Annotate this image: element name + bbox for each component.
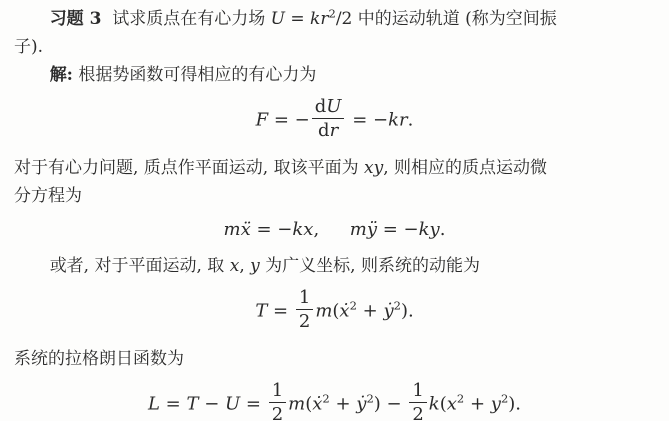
numerator: 1 [269,380,286,403]
plane-motion-paragraph: 对于有心力问题, 质点作平面运动, 取该平面为 xy, 则相应的质点运动微分方程… [14,154,655,210]
math-variable: U [225,394,240,415]
denominator: dr [312,119,345,141]
math-operator: ). [508,394,521,415]
superscript: 2 [328,6,335,20]
math-operator: 1 [272,380,283,401]
math-variable: kr [310,9,328,29]
math-variable: y [491,394,501,415]
denominator: 2 [409,403,426,421]
math-operator: + [330,394,357,415]
numerator: dU [312,96,345,119]
text-run: 系统的拉格朗日函数为 [14,349,184,369]
math-variable: T [255,301,267,322]
math-operator: ) − [374,394,408,415]
math-operator: ( [440,394,447,415]
problem-statement: 习题 3 试求质点在有心力场 U = kr2/2 中的运动轨道 (称为空间振子)… [14,5,655,61]
math-variable: m [315,301,332,322]
math-variable: x [447,394,457,415]
lagrangian-intro: 系统的拉格朗日函数为 [14,345,655,373]
math-variable: mẍ [224,219,251,240]
math-operator: 1 [412,380,423,401]
math-variable: ẋ [312,394,322,415]
superscript: 2 [394,299,401,313]
math-operator: = [240,394,267,415]
math-variable: ẋ [339,301,349,322]
math-operator: = − [251,219,293,240]
superscript: 2 [322,392,329,406]
math-variable: k [429,394,440,415]
math-operator: , [313,219,319,240]
math-variable: m [288,394,305,415]
superscript: 2 [366,392,373,406]
text-run: 或者, 对于平面运动, 取 [50,256,230,276]
math-operator: = [160,394,187,415]
text-run: 子). [14,37,43,57]
math-operator: 2 [272,404,283,421]
math-variable: x [230,256,240,276]
denominator: 2 [296,310,313,332]
superscript: 2 [350,299,357,313]
formula-equations-of-motion: mẍ = −kx,mÿ = −ky. [14,217,655,243]
text-run: 试求质点在有心力场 [101,9,270,29]
formula-lagrangian: L = T − U = 12m(ẋ2 + ẏ2) − 12k(x2 + y2). [14,382,655,421]
text-run: 对于有心力问题, 质点作平面运动, 取该平面为 [14,158,364,178]
math-operator: = − [268,110,310,131]
math-variable: mÿ [350,219,377,240]
text-run: 为广义坐标, 则系统的动能为 [260,256,480,276]
math-operator: + [357,301,384,322]
fraction: 12 [409,380,426,421]
math-operator: d [318,120,330,141]
math-variable: y [250,256,260,276]
formula-kinetic-energy: T = 12m(ẋ2 + ẏ2). [14,289,655,334]
fraction: dUdr [312,96,345,141]
document-page: 习题 3 试求质点在有心力场 U = kr2/2 中的运动轨道 (称为空间振子)… [0,0,669,421]
math-variable: xy [364,158,383,178]
formula-central-force: F = −dUdr = −kr. [14,98,655,143]
bold-label: 习题 3 [50,9,102,29]
solution-intro: 解: 根据势函数可得相应的有心力为 [14,61,655,89]
fraction: 12 [296,287,313,332]
math-operator: ). [401,301,414,322]
text-run: 分方程为 [14,186,82,206]
math-operator: . [440,219,446,240]
content: 习题 3 试求质点在有心力场 U = kr2/2 中的运动轨道 (称为空间振子)… [14,5,655,421]
text-run: 中的运动轨道 (称为空间振 [352,9,556,29]
math-variable: T [186,394,198,415]
math-variable: U [326,96,341,117]
math-operator: + [464,394,491,415]
math-variable: L [148,394,160,415]
math-variable: r [330,120,339,141]
math-operator: , [239,256,250,276]
math-variable: kr [388,110,408,131]
numerator: 1 [296,287,313,310]
math-operator: 2 [299,311,310,332]
generalized-coordinates-paragraph: 或者, 对于平面运动, 取 x, y 为广义坐标, 则系统的动能为 [14,252,655,280]
text-run: 根据势函数可得相应的有心力为 [73,65,316,85]
bold-label: 解: [50,65,73,85]
denominator: 2 [269,403,286,421]
math-operator: 2 [412,404,423,421]
math-operator: /2 [336,9,353,29]
math-operator: = − [377,219,419,240]
math-variable: U [271,9,285,29]
math-variable: ky [419,219,440,240]
math-operator: − [198,394,225,415]
math-operator: d [315,96,327,117]
math-operator: = [285,9,310,29]
math-operator: 1 [299,287,310,308]
math-variable: F [256,110,269,131]
math-variable: ẏ [356,394,366,415]
math-variable: kx [292,219,313,240]
numerator: 1 [409,380,426,403]
math-operator: = − [346,110,388,131]
math-variable: ẏ [383,301,393,322]
math-operator: . [408,110,414,131]
math-operator: = [267,301,294,322]
fraction: 12 [269,380,286,421]
text-run: , 则相应的质点运动微 [383,158,547,178]
